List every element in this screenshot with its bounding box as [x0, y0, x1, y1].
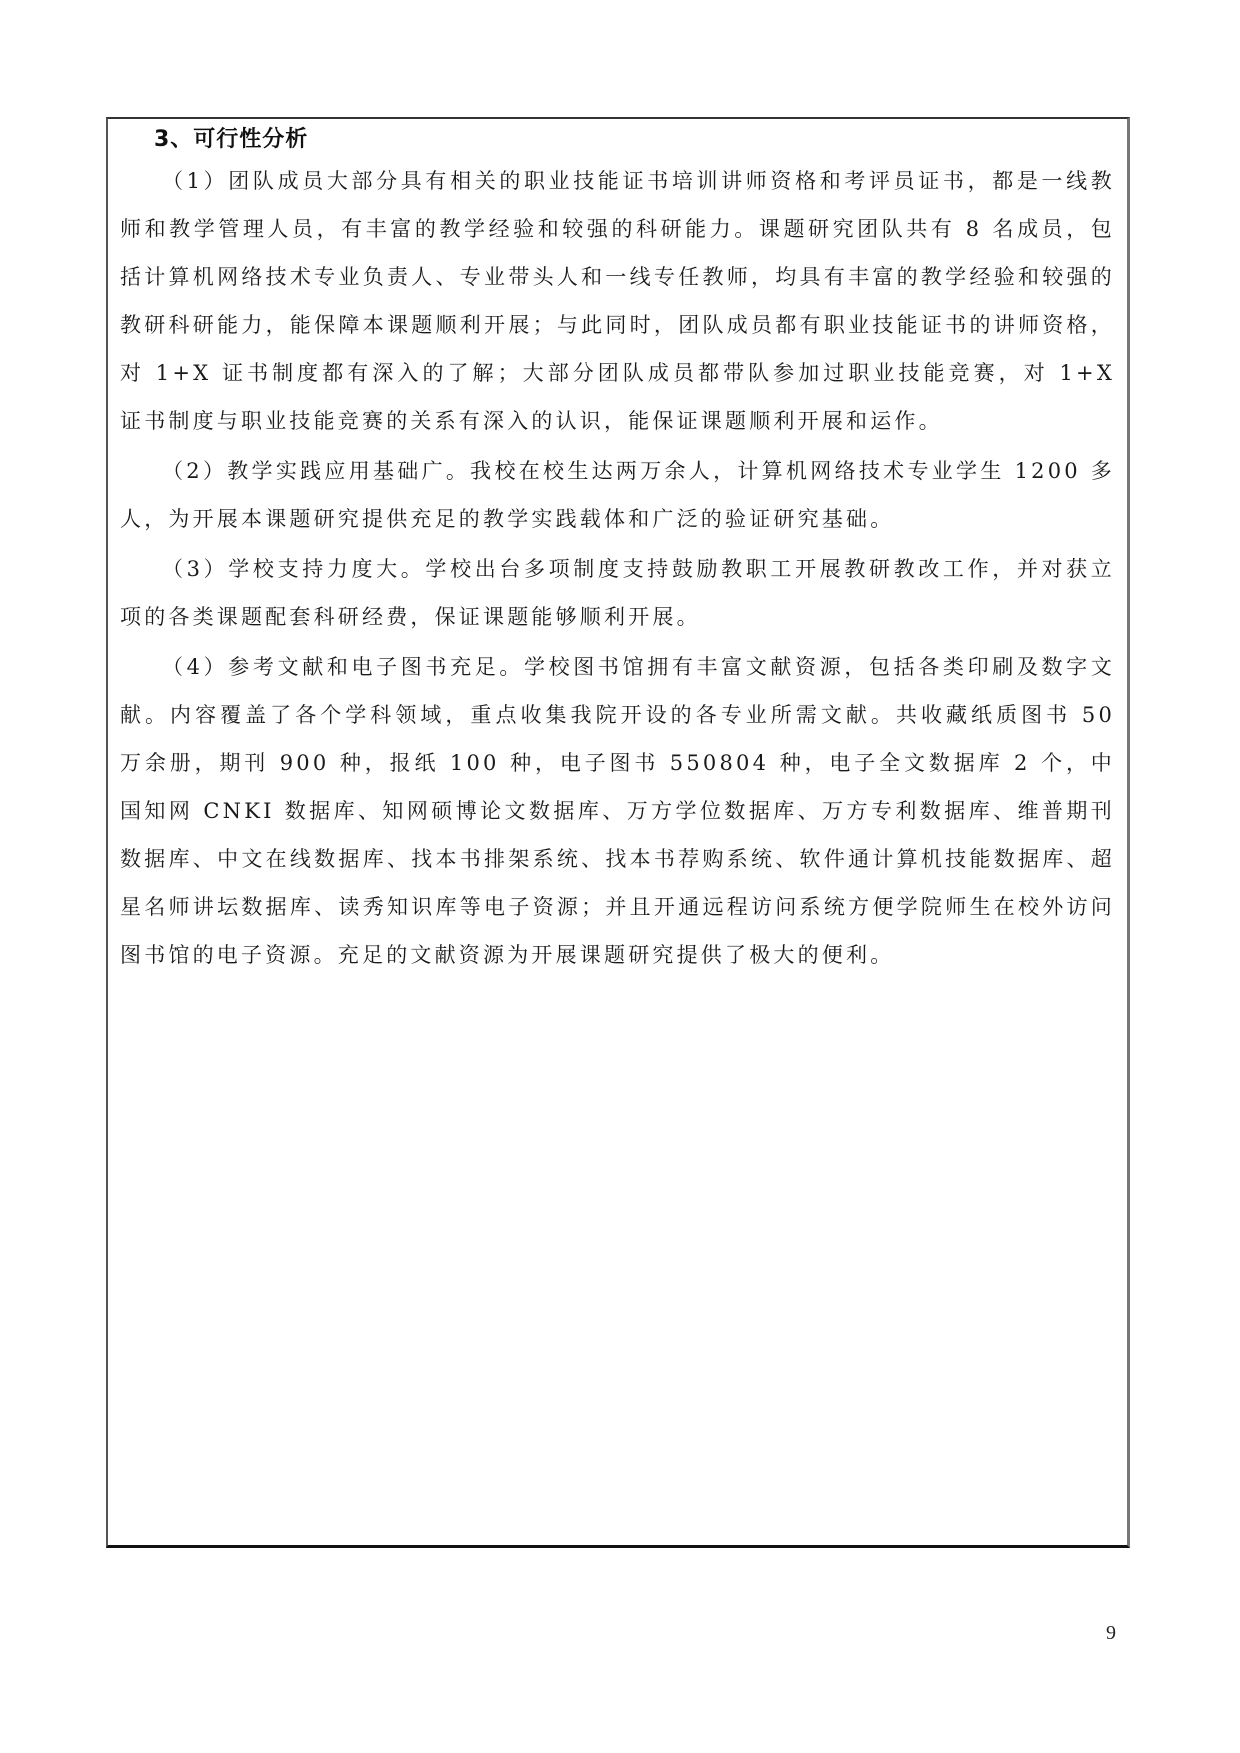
section-heading: 3、可行性分析: [154, 123, 1115, 157]
paragraph-team-qualifications: （1）团队成员大部分具有相关的职业技能证书培训讲师资格和考评员证书，都是一线教师…: [120, 157, 1115, 445]
paragraph-teaching-practice: （2）教学实践应用基础广。我校在校生达两万余人，计算机网络技术专业学生 1200…: [120, 447, 1115, 543]
form-table-cell: 3、可行性分析 （1）团队成员大部分具有相关的职业技能证书培训讲师资格和考评员证…: [106, 117, 1130, 1548]
paragraph-school-support: （3）学校支持力度大。学校出台多项制度支持鼓励教职工开展教研教改工作，并对获立项…: [120, 545, 1115, 641]
page-number: 9: [1106, 1622, 1116, 1645]
document-page: 3、可行性分析 （1）团队成员大部分具有相关的职业技能证书培训讲师资格和考评员证…: [0, 0, 1240, 1753]
cell-content: 3、可行性分析 （1）团队成员大部分具有相关的职业技能证书培训讲师资格和考评员证…: [120, 123, 1115, 979]
paragraph-library-resources: （4）参考文献和电子图书充足。学校图书馆拥有丰富文献资源，包括各类印刷及数字文献…: [120, 643, 1115, 979]
